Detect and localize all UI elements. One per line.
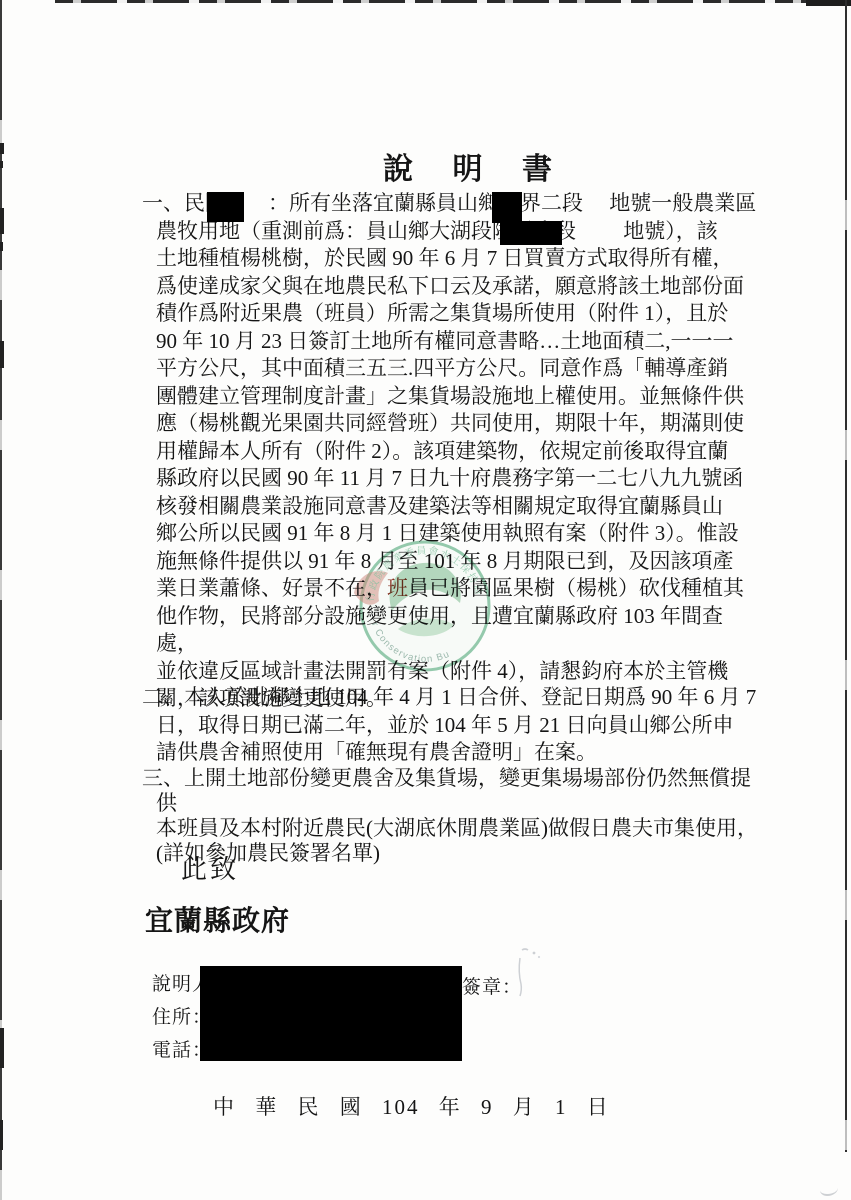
closing-salute: 此致: [181, 849, 239, 886]
scan-artifact-tick: [0, 341, 4, 368]
scan-artifact-tick: [0, 208, 4, 234]
redaction-box-old-lot-number: [500, 221, 562, 245]
scanned-document-page: 說 明 書 一、民陳 ：所有坐落宜蘭縣員山鄉隘界二段 地號一般農業區 農牧用地（…: [0, 0, 851, 1200]
paragraph-3: 三、上開土地部份變更農舍及集貨場，變更集場場部份仍然無償提供 本班員及本村附近農…: [156, 766, 760, 866]
document-title: 說 明 書: [383, 144, 568, 188]
scan-artifact-tick: [0, 1028, 4, 1068]
redaction-box-lot-number: [492, 192, 522, 223]
scan-artifact-right-edge: [845, 0, 847, 1152]
paragraph-2: 二、本人於毗鄰土地 104 年 4 月 1 日合併、登記日期爲 90 年 6 月…: [156, 684, 760, 767]
highlighted-char: 班: [387, 576, 408, 600]
redaction-box-signature-block: [200, 966, 462, 1061]
scan-artifact-corner-smudge: [820, 1182, 838, 1196]
scan-artifact-left-edge: [0, 0, 2, 1200]
scan-artifact-tick: [0, 1120, 3, 1150]
scan-artifact-tick: [0, 242, 3, 251]
scan-artifact-top-edge: [55, 0, 851, 3]
document-date: 中 華 民 國 104 年 9 月 1 日: [213, 1091, 610, 1121]
seal-label: 簽章：: [462, 972, 522, 999]
paragraph-1: 一、民陳 ：所有坐落宜蘭縣員山鄉隘界二段 地號一般農業區 農牧用地（重測前爲：員…: [156, 190, 760, 713]
redaction-box-name: [207, 192, 244, 222]
scan-artifact-tick: [0, 161, 3, 168]
closing-addressee: 宜蘭縣政府: [145, 899, 290, 939]
paragraph-1-text: 一、民陳 ：所有坐落宜蘭縣員山鄉隘界二段 地號一般農業區 農牧用地（重測前爲：員…: [142, 191, 756, 600]
scan-artifact-tick: [0, 143, 4, 154]
